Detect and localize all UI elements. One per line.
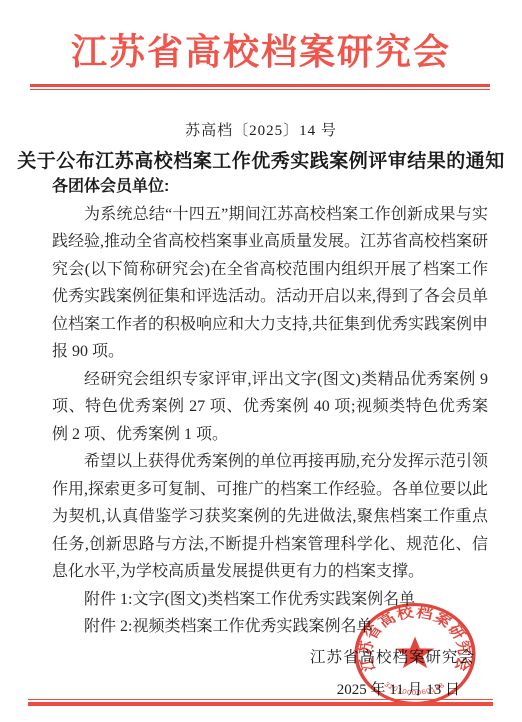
divider-thin-line — [30, 89, 490, 90]
signature-date: 2025 年 11 月 13 日 — [337, 678, 460, 699]
letterhead-divider — [30, 84, 490, 90]
body-paragraph: 希望以上获得优秀案例的单位再接再励,充分发挥示范引领作用,探索更多可复制、可推广… — [52, 448, 488, 586]
divider-thick-line — [30, 84, 490, 87]
footer-divider — [28, 699, 493, 706]
salutation: 各团体会员单位: — [52, 173, 488, 201]
notice-document: 江苏省高校档案研究会 苏高档〔2025〕14 号 关于公布江苏高校档案工作优秀实… — [0, 0, 522, 722]
attachment-line: 附件 1:文字(图文)类档案工作优秀实践案例名单 — [52, 586, 488, 614]
divider-thin-line — [28, 699, 493, 700]
signature-org: 江苏省高校档案研究会 — [310, 645, 475, 667]
attachment-line: 附件 2:视频类档案工作优秀实践案例名单 — [52, 613, 488, 641]
letterhead-title: 江苏省高校档案研究会 — [0, 24, 522, 75]
document-title: 关于公布江苏高校档案工作优秀实践案例评审结果的通知 — [0, 146, 522, 173]
document-body: 各团体会员单位: 为系统总结“十四五”期间江苏高校档案工作创新成果与实践经验,推… — [52, 173, 488, 641]
document-number: 苏高档〔2025〕14 号 — [0, 119, 522, 140]
body-paragraph: 经研究会组织专家评审,评出文字(图文)类精品优秀案例 9 项、特色优秀案例 27… — [52, 366, 488, 449]
body-paragraph: 为系统总结“十四五”期间江苏高校档案工作创新成果与实践经验,推动全省高校档案事业… — [52, 201, 488, 366]
divider-thick-line — [28, 702, 493, 706]
